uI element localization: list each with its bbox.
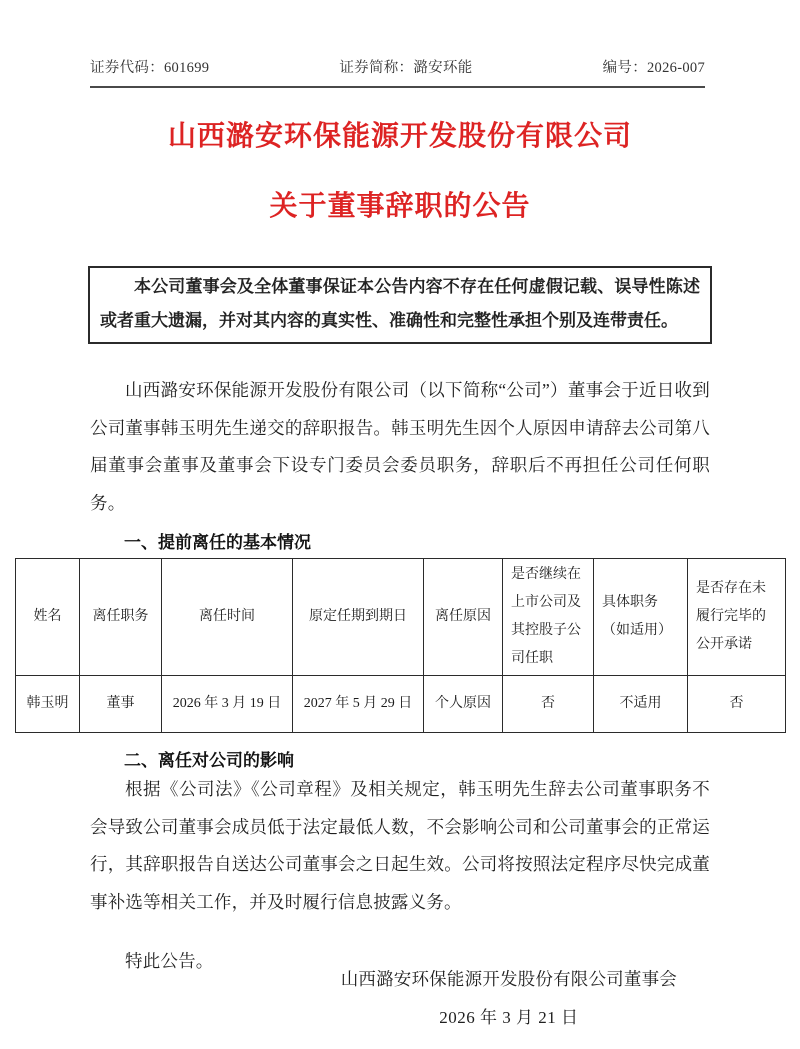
cell-original-term-end: 2027 年 5 月 29 日 <box>293 676 424 733</box>
company-name-title: 山西潞安环保能源开发股份有限公司 <box>0 114 800 154</box>
intro-paragraph: 山西潞安环保能源开发股份有限公司（以下简称“公司”）董事会于近日收到公司董事韩玉… <box>90 372 710 522</box>
col-header-specific-position: 具体职务（如适用） <box>594 559 688 676</box>
stock-code: 证券代码：601699 <box>90 56 209 77</box>
cell-position: 董事 <box>80 676 162 733</box>
col-header-departure-date: 离任时间 <box>162 559 293 676</box>
cell-continue-serving: 否 <box>503 676 594 733</box>
announcement-page: 证券代码：601699 证券简称：潞安环能 编号：2026-007 山西潞安环保… <box>0 0 800 1049</box>
securities-header: 证券代码：601699 证券简称：潞安环能 编号：2026-007 <box>90 0 705 88</box>
announcement-title: 关于董事辞职的公告 <box>0 184 800 224</box>
announcement-date: 2026 年 3 月 21 日 <box>341 1003 677 1028</box>
cell-departure-date: 2026 年 3 月 19 日 <box>162 676 293 733</box>
departure-info-table: 姓名 离任职务 离任时间 原定任期到期日 离任原因 是否继续在上市公司及其控股子… <box>15 558 786 733</box>
col-header-reason: 离任原因 <box>424 559 503 676</box>
disclaimer-box: 本公司董事会及全体董事保证本公告内容不存在任何虚假记载、误导性陈述或者重大遗漏，… <box>88 266 712 344</box>
table-header-row: 姓名 离任职务 离任时间 原定任期到期日 离任原因 是否继续在上市公司及其控股子… <box>16 559 786 676</box>
cell-name: 韩玉明 <box>16 676 80 733</box>
section1-heading: 一、提前离任的基本情况 <box>90 528 710 553</box>
announcement-number: 编号：2026-007 <box>603 56 705 77</box>
board-signature: 山西潞安环保能源开发股份有限公司董事会 <box>341 966 677 991</box>
col-header-continue-serving: 是否继续在上市公司及其控股子公司任职 <box>503 559 594 676</box>
table-row: 韩玉明 董事 2026 年 3 月 19 日 2027 年 5 月 29 日 个… <box>16 676 786 733</box>
section2-heading: 二、离任对公司的影响 <box>90 746 710 771</box>
signature-block: 山西潞安环保能源开发股份有限公司董事会 2026 年 3 月 21 日 <box>341 966 677 1028</box>
col-header-unfulfilled-commitments: 是否存在未履行完毕的公开承诺 <box>688 559 786 676</box>
stock-short-name: 证券简称：潞安环能 <box>339 56 472 77</box>
cell-specific-position: 不适用 <box>594 676 688 733</box>
col-header-name: 姓名 <box>16 559 80 676</box>
col-header-position: 离任职务 <box>80 559 162 676</box>
impact-paragraph: 根据《公司法》《公司章程》及相关规定，韩玉明先生辞去公司董事职务不会导致公司董事… <box>90 771 710 921</box>
col-header-original-term-end: 原定任期到期日 <box>293 559 424 676</box>
cell-unfulfilled-commitments: 否 <box>688 676 786 733</box>
disclaimer-text: 本公司董事会及全体董事保证本公告内容不存在任何虚假记载、误导性陈述或者重大遗漏，… <box>100 270 700 338</box>
cell-reason: 个人原因 <box>424 676 503 733</box>
